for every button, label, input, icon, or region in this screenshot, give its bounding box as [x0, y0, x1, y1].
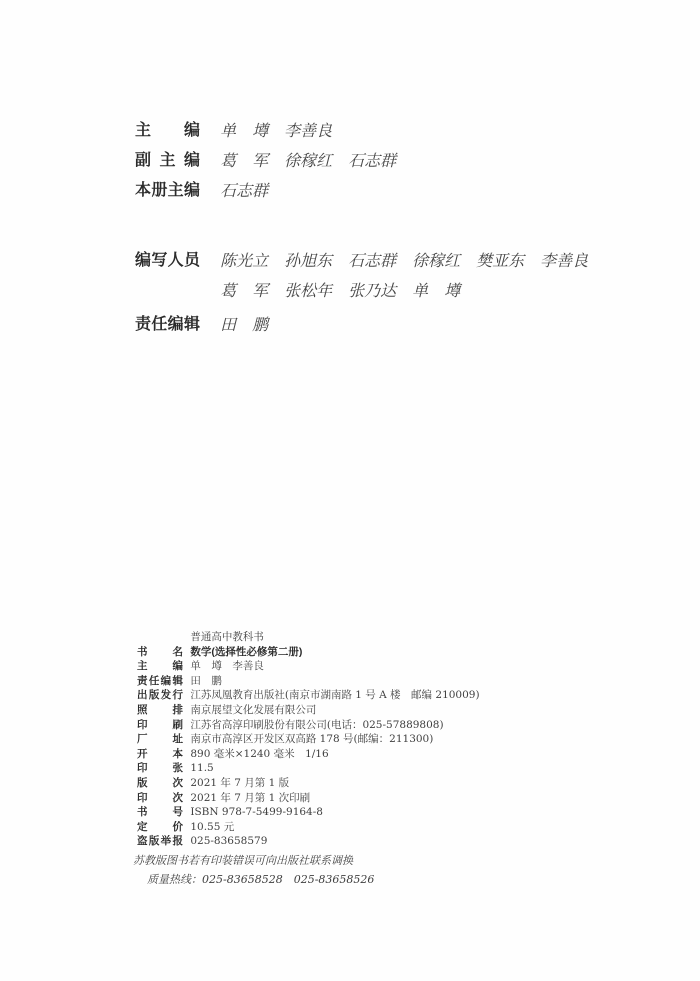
colophon-value: 890 毫米×1240 毫米 1/16 [190, 747, 328, 762]
colophon-label: 印张 [137, 761, 183, 776]
chief-editor-label: 主编 [135, 116, 200, 146]
colophon-label: 照排 [137, 703, 183, 718]
colophon-label: 印次 [137, 791, 183, 806]
colophon-label: 书名 [137, 645, 183, 660]
colophon-label: 版次 [137, 776, 183, 791]
colophon-label: 盗版举报 [137, 834, 183, 849]
deputy-editors-row: 副主编 葛 军 徐稼红 石志群 [135, 146, 396, 176]
series-title: 普通高中教科书 [190, 630, 264, 645]
writers-row: 编写人员 陈光立 孙旭东 石志群 徐稼红 樊亚东 李善良 [135, 246, 588, 276]
colophon-block: 普通高中教科书 书名 数学(选择性必修第二册) 主编 单 墫 李善良 责任编辑 … [137, 630, 480, 849]
colophon-row: 印张 11.5 [137, 761, 480, 776]
colophon-label: 书号 [137, 805, 183, 820]
colophon-value: 11.5 [190, 761, 213, 776]
quality-notes-block: 苏教版图书若有印装错误可向出版社联系调换 质量热线：025-83658528 0… [133, 852, 374, 889]
chief-editor-names: 单 墫 李善良 [220, 116, 332, 146]
colophon-row: 厂址 南京市高淳区开发区双高路 178 号(邮编：211300) [137, 732, 480, 747]
colophon-label: 印刷 [137, 718, 183, 733]
colophon-row: 出版发行 江苏凤凰教育出版社(南京市湖南路 1 号 A 楼 邮编 210009) [137, 688, 480, 703]
writers-names: 陈光立 孙旭东 石志群 徐稼红 樊亚东 李善良 [220, 246, 588, 276]
colophon-value: 2021 年 7 月第 1 次印刷 [190, 791, 310, 806]
colophon-row: 印次 2021 年 7 月第 1 次印刷 [137, 791, 480, 806]
writers-label: 编写人员 [135, 246, 200, 276]
book-copyright-page: 主编 单 墫 李善良 副主编 葛 军 徐稼红 石志群 本册主编 石志群 编写人员… [0, 0, 700, 981]
colophon-row-price: 定价 10.55 元 [137, 820, 480, 835]
volume-editor-label: 本册主编 [135, 176, 200, 206]
colophon-row: 照排 南京展望文化发展有限公司 [137, 703, 480, 718]
quality-hotline-note: 质量热线：025-83658528 025-83658526 [133, 871, 374, 890]
editors-block: 主编 单 墫 李善良 副主编 葛 军 徐稼红 石志群 本册主编 石志群 [135, 116, 396, 206]
colophon-label: 责任编辑 [137, 674, 183, 689]
colophon-row: 印刷 江苏省高淳印刷股份有限公司(电话：025-57889808) [137, 718, 480, 733]
writers-continued-row: 葛 军 张松年 张乃达 单 墫 [135, 276, 588, 306]
responsible-editor-names: 田 鹏 [220, 310, 268, 340]
deputy-editors-label: 副主编 [135, 146, 200, 176]
volume-editor-names: 石志群 [220, 176, 268, 206]
writers-continued-names: 葛 军 张松年 张乃达 单 墫 [220, 276, 460, 306]
book-title: 数学(选择性必修第二册) [190, 645, 302, 660]
writers-block: 编写人员 陈光立 孙旭东 石志群 徐稼红 樊亚东 李善良 葛 军 张松年 张乃达… [135, 246, 588, 340]
volume-editor-row: 本册主编 石志群 [135, 176, 396, 206]
deputy-editors-names: 葛 军 徐稼红 石志群 [220, 146, 396, 176]
isbn-value: ISBN 978-7-5499-9164-8 [190, 805, 323, 820]
colophon-value: 江苏凤凰教育出版社(南京市湖南路 1 号 A 楼 邮编 210009) [190, 688, 479, 703]
colophon-label: 主编 [137, 659, 183, 674]
colophon-value: 江苏省高淳印刷股份有限公司(电话：025-57889808) [190, 718, 443, 733]
colophon-value: 田 鹏 [190, 674, 222, 689]
colophon-label: 定价 [137, 820, 183, 835]
colophon-value: 2021 年 7 月第 1 版 [190, 776, 289, 791]
colophon-row: 责任编辑 田 鹏 [137, 674, 480, 689]
colophon-label: 厂址 [137, 732, 183, 747]
colophon-label: 开本 [137, 747, 183, 762]
colophon-row: 主编 单 墫 李善良 [137, 659, 480, 674]
colophon-row-book-title: 书名 数学(选择性必修第二册) [137, 645, 480, 660]
colophon-row-piracy-report: 盗版举报 025-83658579 [137, 834, 480, 849]
responsible-editor-label: 责任编辑 [135, 310, 200, 340]
colophon-value: 南京市高淳区开发区双高路 178 号(邮编：211300) [190, 732, 433, 747]
price-value: 10.55 元 [190, 820, 234, 835]
colophon-value: 单 墫 李善良 [190, 659, 264, 674]
chief-editor-row: 主编 单 墫 李善良 [135, 116, 396, 146]
colophon-row-isbn: 书号 ISBN 978-7-5499-9164-8 [137, 805, 480, 820]
colophon-row: 版次 2021 年 7 月第 1 版 [137, 776, 480, 791]
piracy-hotline-value: 025-83658579 [190, 834, 267, 849]
responsible-editor-row: 责任编辑 田 鹏 [135, 310, 588, 340]
colophon-row: 开本 890 毫米×1240 毫米 1/16 [137, 747, 480, 762]
colophon-value: 南京展望文化发展有限公司 [190, 703, 316, 718]
series-title-row: 普通高中教科书 [137, 630, 480, 645]
exchange-note: 苏教版图书若有印装错误可向出版社联系调换 [133, 852, 374, 871]
colophon-label: 出版发行 [137, 688, 183, 703]
